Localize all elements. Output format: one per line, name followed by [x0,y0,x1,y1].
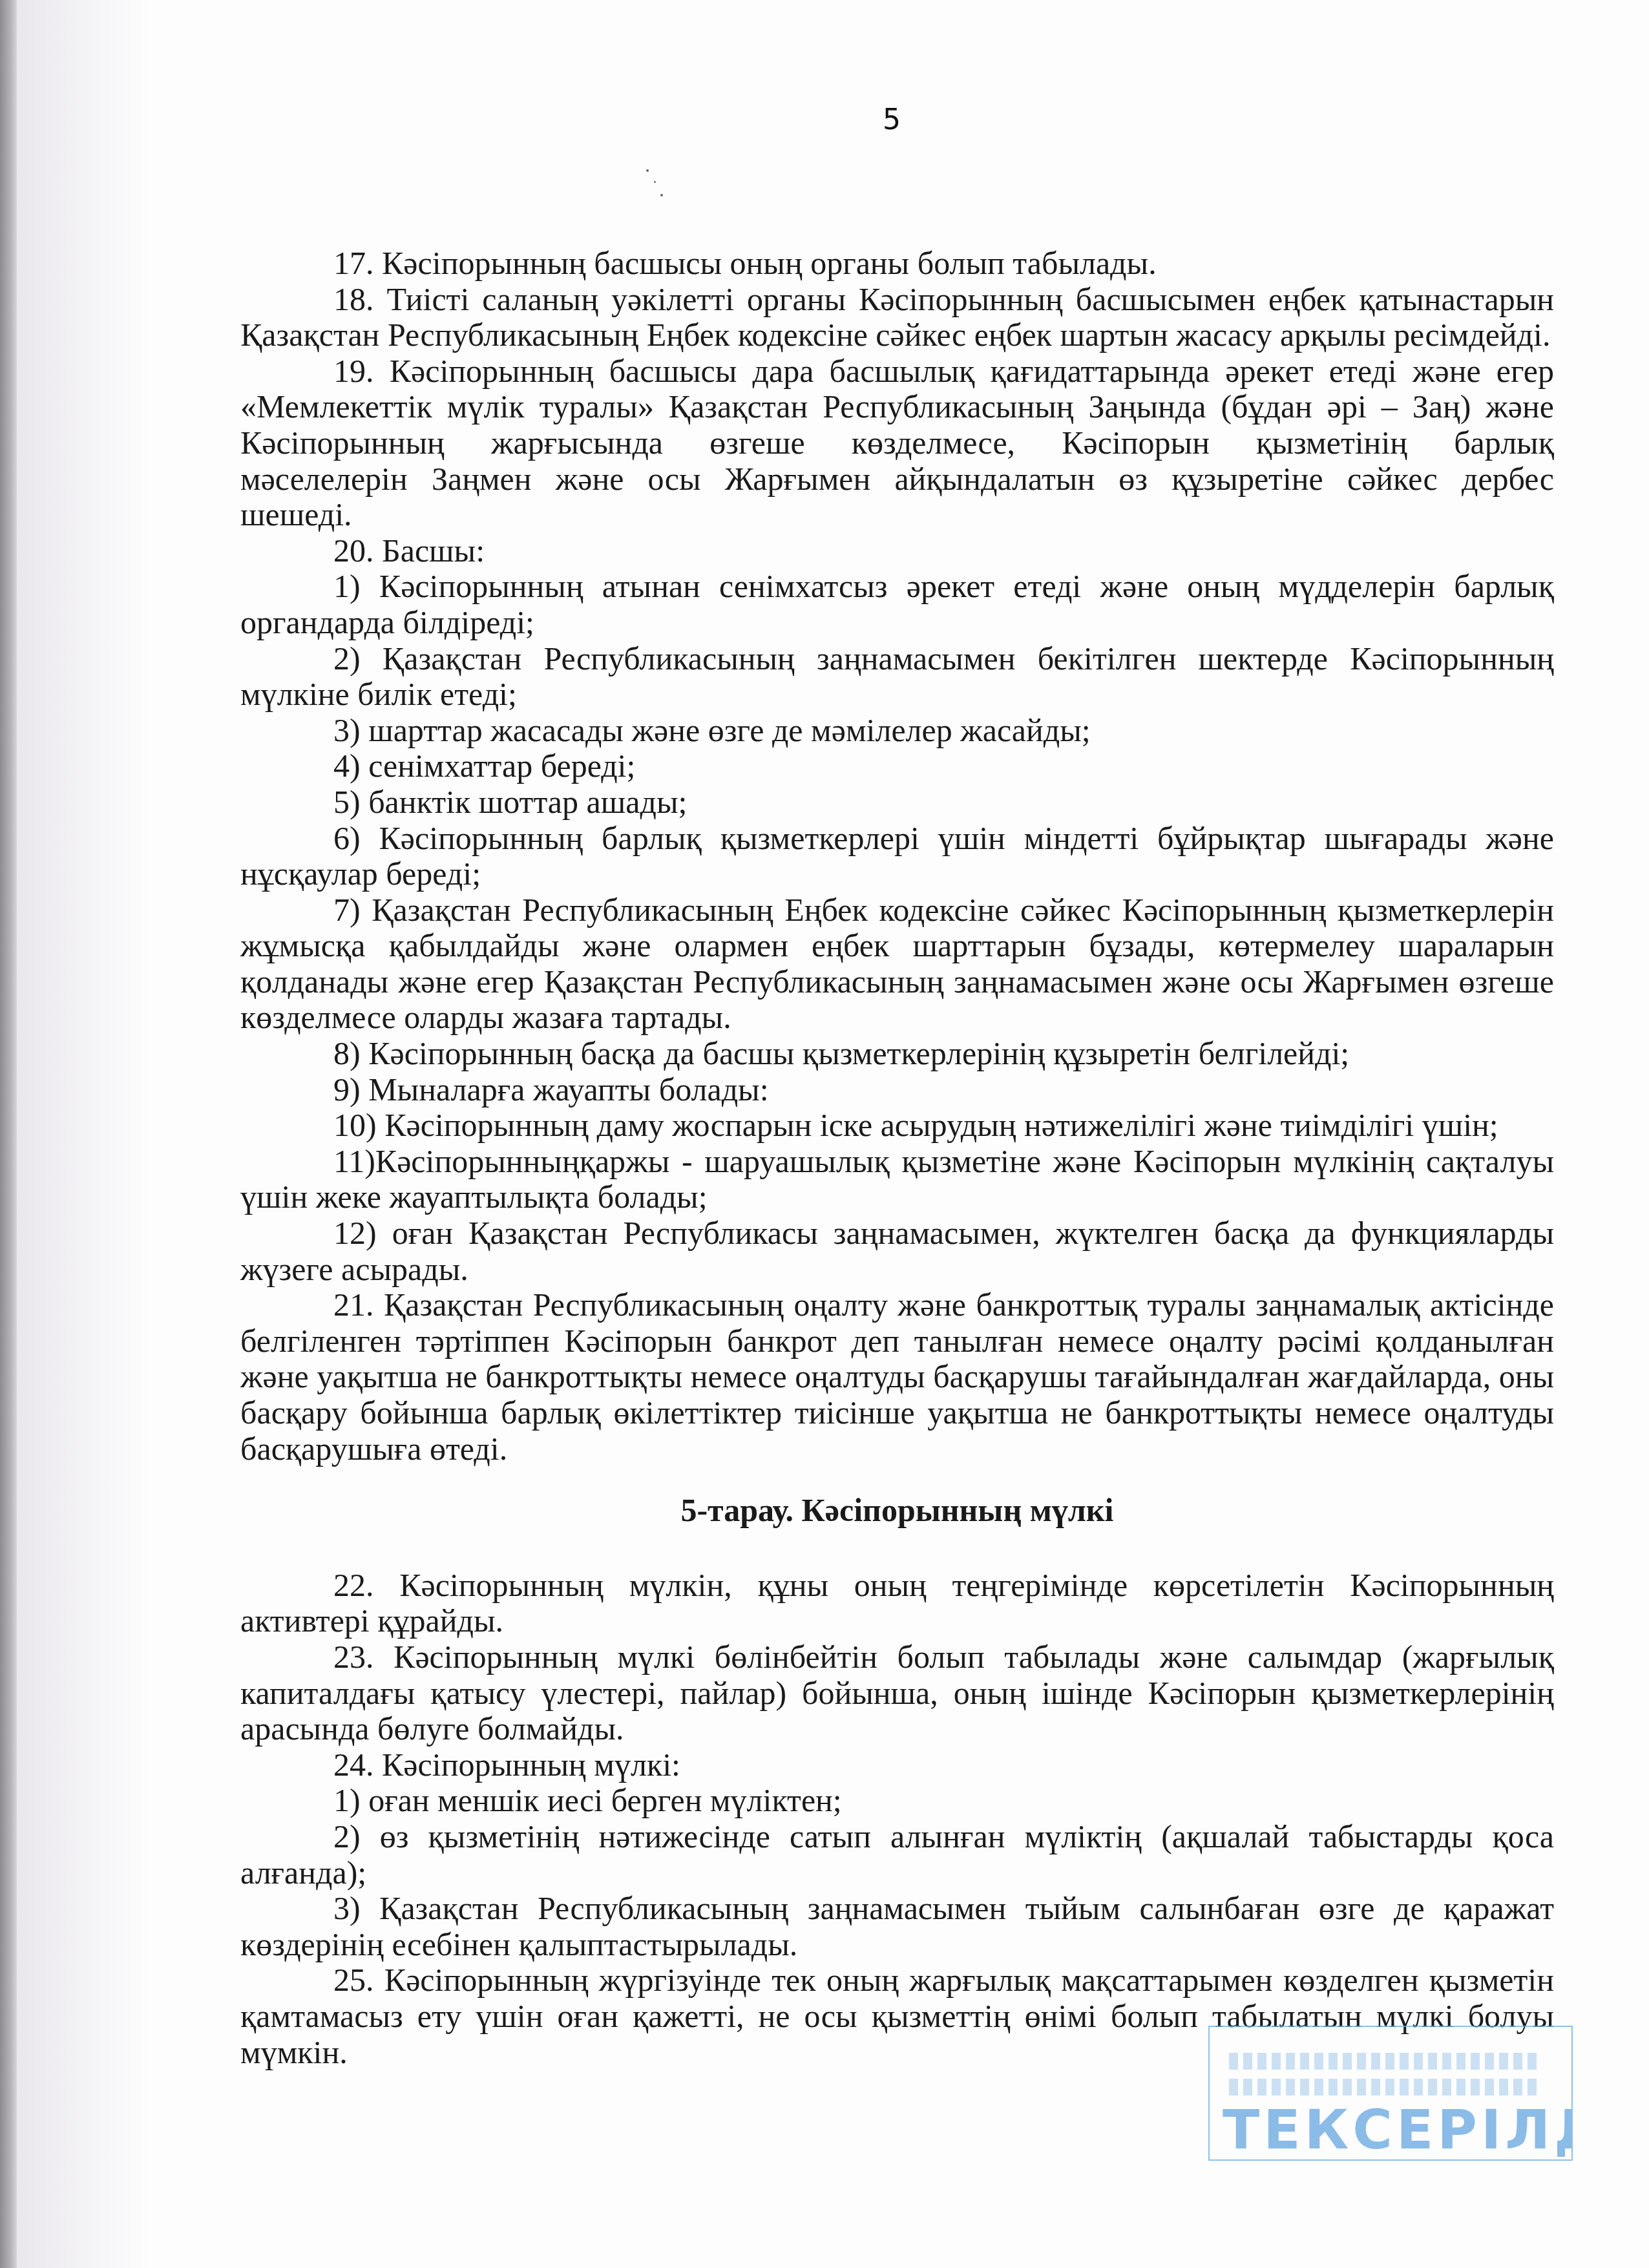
paragraph-21-line: және уақытша не банкроттықты немесе оңал… [240,1359,1554,1395]
stamp-faint-line [1229,2053,1539,2070]
stamp-faint-line [1229,2079,1539,2095]
list-item-20-2-line: 2) Қазақстан Республикасының заңнамасыме… [240,641,1554,677]
paragraph-23-line: капиталдағы қатысу үлестері, пайлар) бой… [240,1675,1554,1712]
list-item-20-6-line: 6) Кәсіпорынның барлық қызметкерлері үші… [240,821,1554,857]
list-item-20-11-line: 11)Кәсіпорынныңқаржы - шаруашылық қызмет… [240,1144,1554,1180]
list-item-20-2-line: мүлкіне билік етеді; [240,677,1554,713]
scan-speck [646,169,649,172]
list-item-20-9-line: 9) Мыналарға жауапты болады: [240,1072,1554,1108]
paragraph-21-line: белгіленген тәртіппен Кәсіпорын банкрот … [240,1323,1554,1360]
paragraph-20-line: 20. Басшы: [240,533,1554,569]
list-item-24-3-line: көздерінің есебінен қалыптастырылады. [240,1927,1554,1963]
list-item-20-6-line: нұсқаулар береді; [240,856,1554,892]
list-item-24-2-line: алғанда); [240,1855,1554,1891]
stamp-text: ТЕКСЕРІЛД [1223,2098,1573,2161]
paragraph-21-line: 21. Қазақстан Республикасының оңалту жән… [240,1287,1554,1323]
list-item-20-7-line: қолданады және егер Қазақстан Республика… [240,964,1554,1000]
paragraph-19-line: «Мемлекеттік мүлік туралы» Қазақстан Рес… [240,389,1554,425]
scan-speck [654,181,656,183]
paragraph-21-line: басқарушыға өтеді. [240,1431,1554,1467]
list-item-20-12-line: жүзеге асырады. [240,1252,1554,1288]
list-item-20-10-line: 10) Кәсіпорынның даму жоспарын іске асыр… [240,1108,1554,1144]
list-item-24-1-line: 1) оған меншік иесі берген мүліктен; [240,1783,1554,1819]
paragraph-19-line: мәселелерін Заңмен және осы Жарғымен айқ… [240,461,1554,498]
paragraph-23-line: арасында бөлуге болмайды. [240,1711,1554,1747]
list-item-20-5-line: 5) банктік шоттар ашады; [240,784,1554,821]
list-item-20-1-line: органдарда білдіреді; [240,605,1554,641]
list-item-20-7-line: 7) Қазақстан Республикасының Еңбек кодек… [240,892,1554,929]
paragraph-19-line: Кәсіпорынның жарғысында өзгеше көзделмес… [240,425,1554,461]
scanner-edge-strip [0,0,17,2268]
paragraph-21-line: басқару бойынша барлық өкілеттіктер тиіс… [240,1395,1554,1431]
list-item-20-1-line: 1) Кәсіпорынның атынан сенімхатсыз әреке… [240,569,1554,605]
paragraph-25-line: 25. Кәсіпорынның жүргізуінде тек оның жа… [240,1962,1554,1999]
verification-stamp: ТЕКСЕРІЛД [1208,2026,1573,2161]
list-item-20-3-line: 3) шарттар жасасады және өзге де мәмілел… [240,713,1554,749]
paragraph-22-line: 22. Кәсіпорынның мүлкін, құны оның теңге… [240,1568,1554,1604]
paragraph-19-line: 19. Кәсіпорынның басшысы дара басшылық қ… [240,353,1554,390]
paragraph-24-line: 24. Кәсіпорынның мүлкі: [240,1747,1554,1783]
paragraph-18-line: 18. Тиісті саланың уәкілетті органы Кәсі… [240,282,1554,318]
list-item-24-2-line: 2) өз қызметінің нәтижесінде сатып алынғ… [240,1819,1554,1855]
document-body: 17. Кәсіпорынның басшысы оның органы бол… [240,246,1554,2070]
scan-speck [660,194,663,196]
paragraph-23-line: 23. Кәсіпорынның мүлкі бөлінбейтін болып… [240,1639,1554,1675]
list-item-20-4-line: 4) сенімхаттар береді; [240,748,1554,784]
page-number: 5 [879,103,905,136]
scanner-margin-shadow [17,0,152,2268]
paragraph-17-line: 17. Кәсіпорынның басшысы оның органы бол… [240,246,1554,282]
list-item-20-8-line: 8) Кәсіпорынның басқа да басшы қызметкер… [240,1036,1554,1072]
paragraph-22-line: активтері құрайды. [240,1603,1554,1639]
chapter-heading: 5-тарау. Кәсіпорынның мүлкі [240,1493,1554,1529]
paragraph-19-line: шешеді. [240,497,1554,533]
list-item-20-11-line: үшін жеке жауаптылықта болады; [240,1179,1554,1215]
list-item-20-12-line: 12) оған Қазақстан Республикасы заңнамас… [240,1215,1554,1252]
list-item-20-7-line: жұмысқа қабылдайды және олармен еңбек ша… [240,928,1554,964]
paragraph-18-line: Қазақстан Республикасының Еңбек кодексін… [240,317,1554,353]
list-item-24-3-line: 3) Қазақстан Республикасының заңнамасыме… [240,1891,1554,1927]
list-item-20-7-line: көзделмесе оларды жазаға тартады. [240,1000,1554,1036]
